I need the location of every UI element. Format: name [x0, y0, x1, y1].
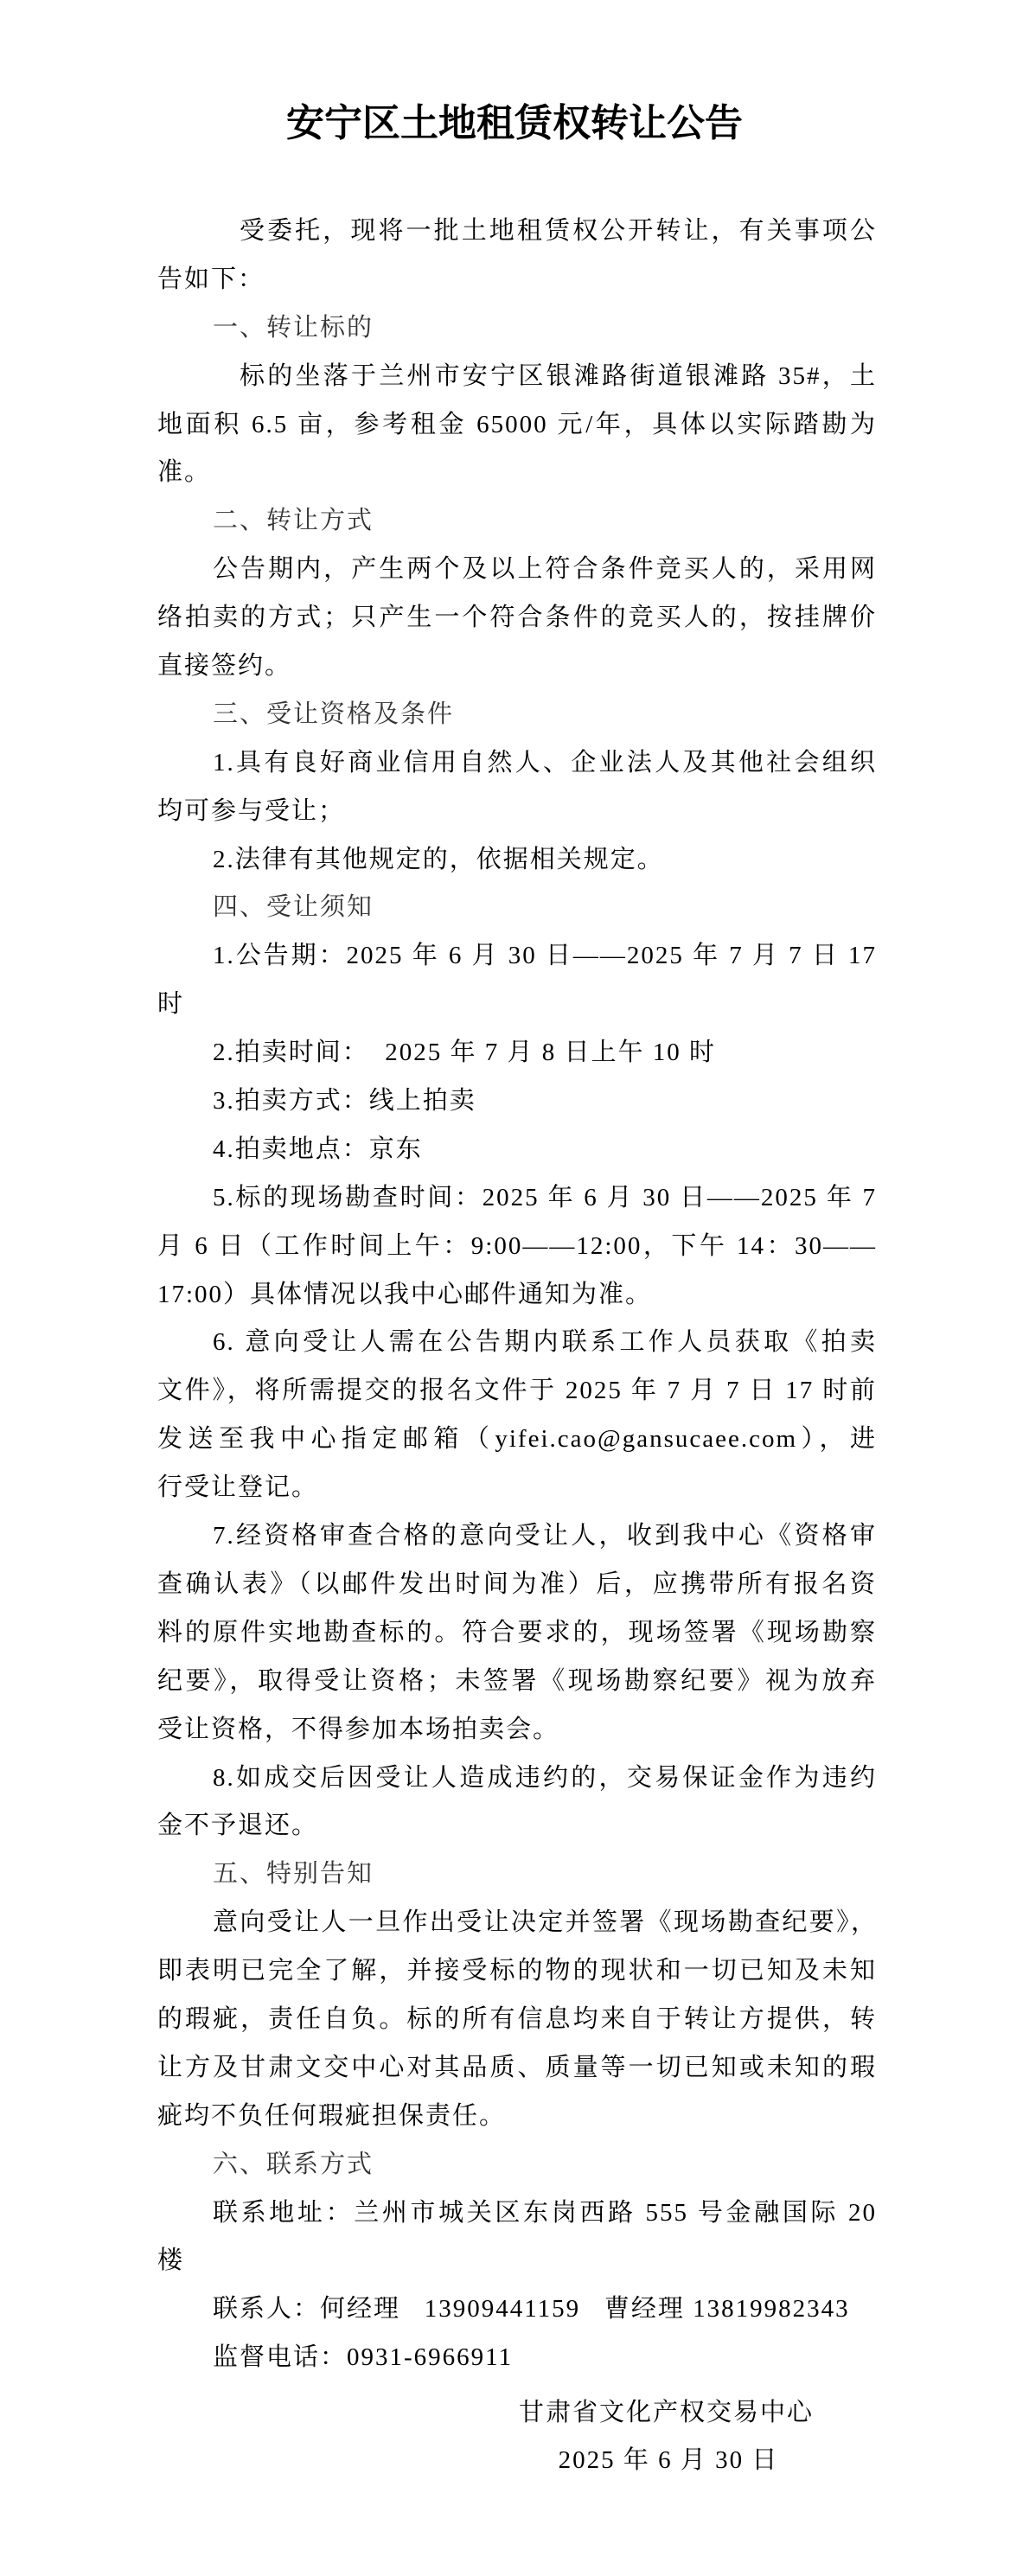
section-transfer-object: 一、转让标的 标的坐落于兰州市安宁区银滩路街道银滩路 35#，土 地面积 6.5… [157, 304, 877, 498]
signature-date: 2025 年 6 月 30 日 [519, 2436, 818, 2484]
contact-address: 联系地址：兰州市城关区东岗西路 555 号金融国际 20 楼 [157, 2189, 877, 2286]
paragraph-line: 4.拍卖地点：京东 [157, 1126, 877, 1174]
section-notice: 四、受让须知 1.公告期：2025 年 6 月 30 日——2025 年 7 月… [157, 884, 877, 1851]
paragraph-line: 7.经资格审查合格的意向受让人，收到我中心《资格审 [157, 1512, 877, 1561]
paragraph-line: 行受让登记。 [157, 1464, 877, 1512]
paragraph-line: 让方及甘肃文交中心对其品质、质量等一切已知或未知的瑕 [157, 2044, 877, 2093]
paragraph-line: 准。 [157, 449, 877, 497]
list-item: 4.拍卖地点：京东 [157, 1126, 877, 1174]
supervision-phone: 监督电话：0931-6966911 [157, 2334, 877, 2382]
paragraph: 公告期内，产生两个及以上符合条件竞买人的，采用网 络拍卖的方式；只产生一个符合条… [157, 546, 877, 691]
paragraph-line: 文件》，将所需提交的报名文件于 2025 年 7 月 7 日 17 时前 [157, 1367, 877, 1416]
paragraph-line: 2.法律有其他规定的，依据相关规定。 [157, 836, 877, 885]
paragraph-line: 时 [157, 981, 877, 1029]
paragraph-line: 地面积 6.5 亩，参考租金 65000 元/年，具体以实际踏勘为 [157, 401, 877, 450]
section-contact: 六、联系方式 联系地址：兰州市城关区东岗西路 555 号金融国际 20 楼 联系… [157, 2141, 877, 2382]
paragraph-line: 受让资格，不得参加本场拍卖会。 [157, 1706, 877, 1755]
paragraph-line: 2.拍卖时间： 2025 年 7 月 8 日上午 10 时 [157, 1029, 877, 1077]
paragraph-line: 络拍卖的方式；只产生一个符合条件的竞买人的，按挂牌价 [157, 594, 877, 642]
section-heading: 二、转让方式 [157, 497, 877, 546]
list-item: 8.如成交后因受让人造成违约的，交易保证金作为违约 金不予退还。 [157, 1755, 877, 1851]
paragraph: 标的坐落于兰州市安宁区银滩路街道银滩路 35#，土 地面积 6.5 亩，参考租金… [157, 353, 877, 498]
paragraph-line: 标的坐落于兰州市安宁区银滩路街道银滩路 35#，土 [157, 353, 877, 401]
paragraph-line: 即表明已完全了解，并接受标的物的现状和一切已知及未知 [157, 1947, 877, 1996]
paragraph: 意向受让人一旦作出受让决定并签署《现场勘查纪要》， 即表明已完全了解，并接受标的… [157, 1899, 877, 2140]
section-eligibility: 三、受让资格及条件 1.具有良好商业信用自然人、企业法人及其他社会组织 均可参与… [157, 691, 877, 885]
contact-persons: 联系人：何经理 13909441159 曹经理 13819982343 [157, 2285, 877, 2334]
section-heading: 五、特别告知 [157, 1851, 877, 1899]
paragraph-line: 月 6 日（工作时间上午：9:00——12:00，下午 14：30—— [157, 1223, 877, 1271]
paragraph-line: 金不予退还。 [157, 1802, 877, 1851]
list-item: 6. 意向受让人需在公告期内联系工作人员获取《拍卖 文件》，将所需提交的报名文件… [157, 1319, 877, 1512]
intro-paragraph: 受委托，现将一批土地租赁权公开转让，有关事项公 告如下： [157, 208, 877, 304]
paragraph-line: 查确认表》（以邮件发出时间为准）后，应携带所有报名资 [157, 1561, 877, 1609]
paragraph-line: 料的原件实地勘查标的。符合要求的，现场签署《现场勘察 [157, 1609, 877, 1658]
section-heading: 一、转让标的 [157, 304, 877, 353]
section-heading: 三、受让资格及条件 [157, 691, 877, 739]
paragraph-line: 5.标的现场勘查时间：2025 年 6 月 30 日——2025 年 7 [157, 1174, 877, 1223]
list-item: 3.拍卖方式：线上拍卖 [157, 1077, 877, 1126]
paragraph-line: 意向受让人一旦作出受让决定并签署《现场勘查纪要》， [157, 1899, 877, 1947]
section-transfer-method: 二、转让方式 公告期内，产生两个及以上符合条件竞买人的，采用网 络拍卖的方式；只… [157, 497, 877, 691]
paragraph-line: 监督电话：0931-6966911 [157, 2334, 877, 2382]
signature-organization: 甘肃省文化产权交易中心 [519, 2388, 818, 2437]
document-body: 受委托，现将一批土地租赁权公开转让，有关事项公 告如下： 一、转让标的 标的坐落… [157, 208, 877, 2382]
paragraph-line: 受委托，现将一批土地租赁权公开转让，有关事项公 [157, 208, 877, 256]
paragraph-line: 1.公告期：2025 年 6 月 30 日——2025 年 7 月 7 日 17 [157, 932, 877, 981]
list-item: 7.经资格审查合格的意向受让人，收到我中心《资格审 查确认表》（以邮件发出时间为… [157, 1512, 877, 1754]
document-title: 安宁区土地租赁权转让公告 [0, 99, 1029, 148]
paragraph-line: 1.具有良好商业信用自然人、企业法人及其他社会组织 [157, 739, 877, 788]
paragraph-line: 均可参与受让； [157, 788, 877, 836]
paragraph-line: 告如下： [157, 256, 877, 304]
paragraph-line: 纪要》，取得受让资格；未签署《现场勘察纪要》视为放弃 [157, 1658, 877, 1706]
paragraph-line: 公告期内，产生两个及以上符合条件竞买人的，采用网 [157, 546, 877, 594]
paragraph-line: 联系人：何经理 13909441159 曹经理 13819982343 [157, 2285, 877, 2334]
paragraph-line: 联系地址：兰州市城关区东岗西路 555 号金融国际 20 [157, 2189, 877, 2238]
list-item: 2.法律有其他规定的，依据相关规定。 [157, 836, 877, 885]
paragraph-line: 的瑕疵，责任自负。标的所有信息均来自于转让方提供，转 [157, 1996, 877, 2044]
list-item: 2.拍卖时间： 2025 年 7 月 8 日上午 10 时 [157, 1029, 877, 1077]
section-heading: 六、联系方式 [157, 2141, 877, 2189]
paragraph-line: 3.拍卖方式：线上拍卖 [157, 1077, 877, 1126]
paragraph-line: 6. 意向受让人需在公告期内联系工作人员获取《拍卖 [157, 1319, 877, 1367]
paragraph-line: 17:00）具体情况以我中心邮件通知为准。 [157, 1271, 877, 1320]
section-heading: 四、受让须知 [157, 884, 877, 932]
list-item: 1.公告期：2025 年 6 月 30 日——2025 年 7 月 7 日 17… [157, 932, 877, 1029]
paragraph-line: 发送至我中心指定邮箱（yifei.cao@gansucaee.com），进 [157, 1416, 877, 1464]
paragraph-line: 直接签约。 [157, 642, 877, 691]
paragraph-line: 8.如成交后因受让人造成违约的，交易保证金作为违约 [157, 1755, 877, 1803]
paragraph-line: 楼 [157, 2237, 877, 2285]
list-item: 1.具有良好商业信用自然人、企业法人及其他社会组织 均可参与受让； [157, 739, 877, 836]
list-item: 5.标的现场勘查时间：2025 年 6 月 30 日——2025 年 7 月 6… [157, 1174, 877, 1320]
paragraph-line: 疵均不负任何瑕疵担保责任。 [157, 2093, 877, 2141]
section-special-notice: 五、特别告知 意向受让人一旦作出受让决定并签署《现场勘查纪要》， 即表明已完全了… [157, 1851, 877, 2140]
